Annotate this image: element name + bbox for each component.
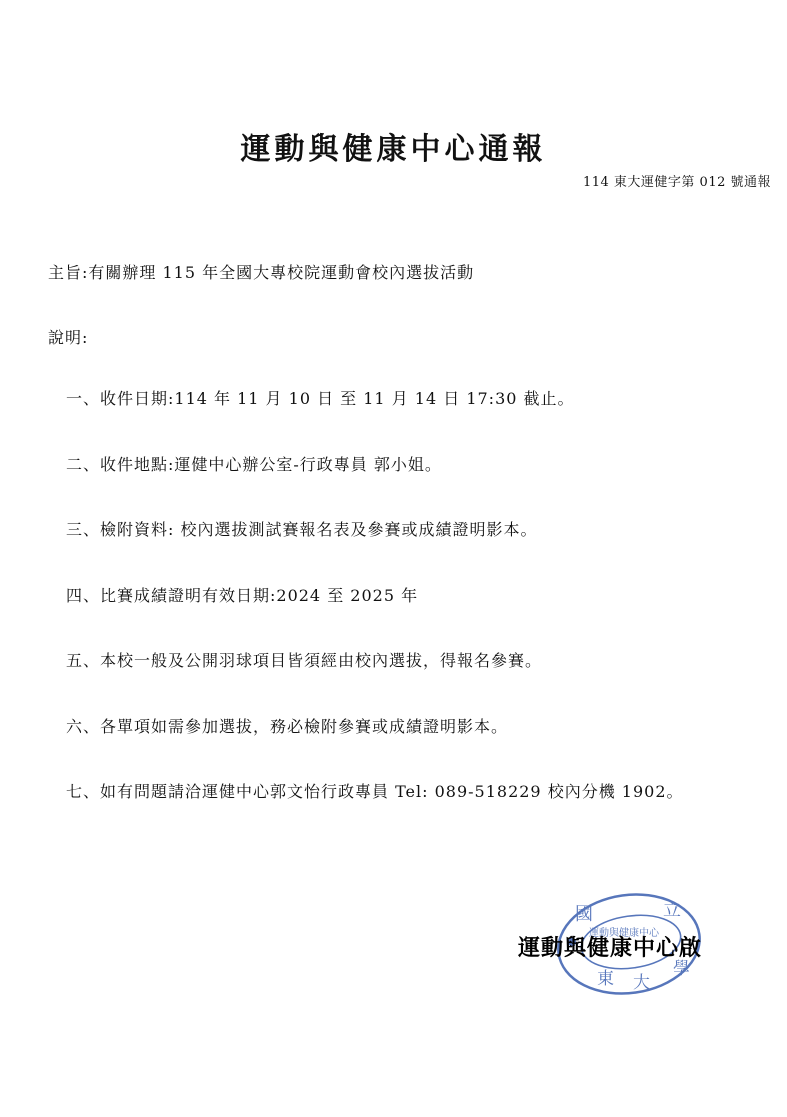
- explanation-item: 六、各單項如需參加選拔，務必檢附參賽或成績證明影本。: [66, 717, 684, 783]
- explanation-item: 五、本校一般及公開羽球項目皆須經由校內選拔，得報名參賽。: [66, 651, 684, 717]
- explanation-item: 三、檢附資料: 校內選拔測試賽報名表及參賽或成績證明影本。: [66, 520, 684, 586]
- explanation-item: 四、比賽成績證明有效日期:2024 至 2025 年: [66, 586, 684, 652]
- seal-char: 立: [663, 900, 681, 921]
- explanation-list: 一、收件日期:114 年 11 月 10 日 至 11 月 14 日 17:30…: [66, 389, 684, 848]
- document-title: 運動與健康中心通報: [0, 124, 787, 168]
- seal-char: 大: [633, 973, 650, 993]
- issuer-signature: 運動與健康中心啟: [518, 931, 702, 962]
- explanation-item: 二、收件地點:運健中心辦公室-行政專員 郭小姐。: [66, 455, 684, 521]
- subject-line: 主旨:有關辦理 115 年全國大專校院運動會校內選拔活動: [48, 260, 474, 283]
- explanation-item: 七、如有問題請洽運健中心郭文怡行政專員 Tel: 089-518229 校內分機…: [66, 782, 684, 848]
- document-number: 114 東大運健字第 012 號通報: [583, 171, 771, 190]
- seal-char: 學: [673, 959, 690, 979]
- seal-char: 國: [575, 904, 593, 925]
- explanation-heading: 說明:: [48, 325, 88, 348]
- explanation-item: 一、收件日期:114 年 11 月 10 日 至 11 月 14 日 17:30…: [66, 389, 684, 455]
- seal-char: 東: [597, 969, 614, 989]
